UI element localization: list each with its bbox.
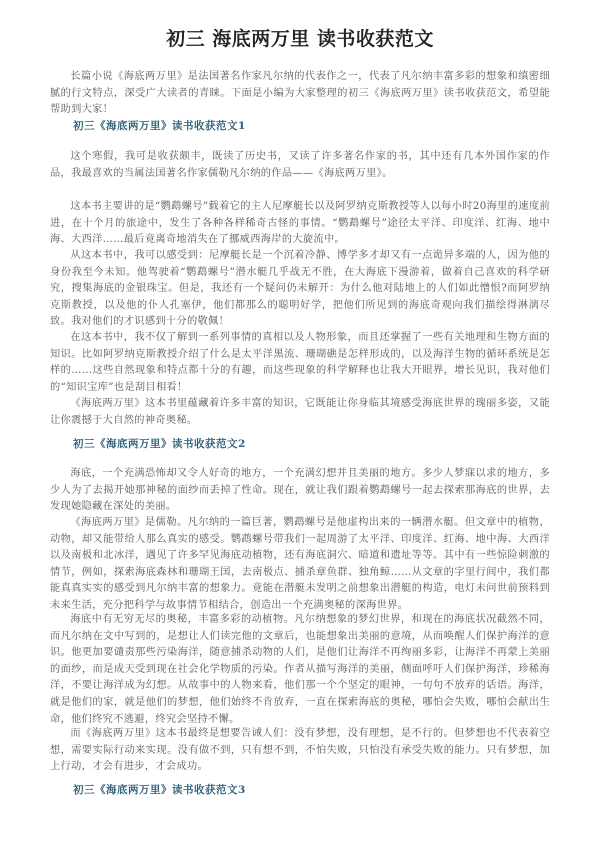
section-1-paragraph-5: 《海底两万里》这本书里蕴藏着许多丰富的知识，它既能让你身临其境感受海底世界的瑰丽… — [50, 396, 550, 429]
intro-paragraph: 长篇小说《海底两万里》是法国著名作家凡尔纳的代表作之一，代表了凡尔纳丰富多彩的想… — [50, 69, 550, 119]
section-1-paragraph-3: 从这本书中，我可以感受到：尼摩艇长是一个沉着冷静、博学多才却又有一点诡异多端的人… — [50, 248, 550, 331]
section-heading-2: 初三《海底两万里》读书收获范文2 — [73, 436, 246, 451]
section-1-paragraph-2: 这本书主要讲的是“鹦鹉螺号”载着它的主人尼摩艇长以及阿罗纳克斯教授等人以每小时2… — [50, 199, 550, 249]
section-1-paragraph-1: 这个寒假，我可是收获颇丰，既读了历史书，又读了许多著名作家的书，其中还有几本外国… — [50, 149, 550, 182]
section-heading-3: 初三《海底两万里》读书收获范文3 — [73, 782, 246, 797]
section-heading-1: 初三《海底两万里》读书收获范文1 — [73, 118, 246, 133]
section-2-paragraph-4: 而《海底两万里》这本书最终是想要告诫人们：没有梦想，没有理想，是不行的。但梦想也… — [50, 726, 550, 776]
section-2-paragraph-3: 海底中有无穷无尽的奥秘，丰富多彩的动植物。凡尔纳想象的梦幻世界，和现在的海底状况… — [50, 612, 550, 728]
section-2-paragraph-2: 《海底两万里》是儒勒。凡尔纳的一篇巨著，鹦鹉螺号是他虚构出来的一辆潜水艇。但文章… — [50, 515, 550, 615]
section-2-paragraph-1: 海底，一个充满恐怖却又令人好奇的地方，一个充满幻想并且美丽的地方。多少人梦寐以求… — [50, 466, 550, 516]
document-page: 初三 海底两万里 读书收获范文 长篇小说《海底两万里》是法国著名作家凡尔纳的代表… — [0, 0, 600, 849]
page-title: 初三 海底两万里 读书收获范文 — [0, 24, 600, 51]
section-1-paragraph-4: 在这本书中，我不仅了解到一系列事情的真相以及人物形象，而且还掌握了一些有关地理和… — [50, 330, 550, 396]
